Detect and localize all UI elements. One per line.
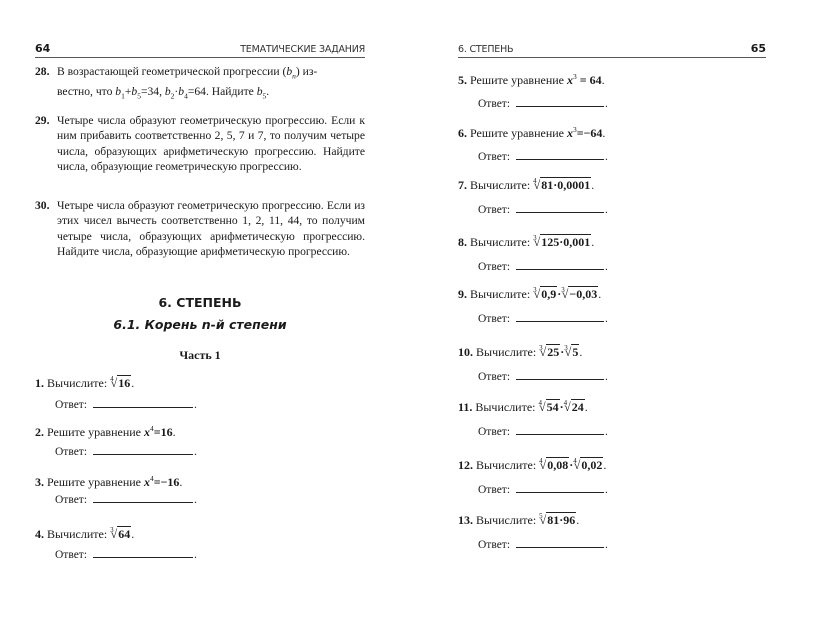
answer-field[interactable] [516, 202, 604, 213]
answer-field[interactable] [516, 482, 604, 493]
task-number: 28. [35, 64, 50, 79]
task-number: 29. [35, 113, 50, 128]
answer-label: Ответ: [478, 539, 510, 551]
root-expression: 4√54 [539, 400, 560, 415]
question-5: 5. Решите уравнение x3 = 64. [458, 72, 605, 88]
answer-label: Ответ: [55, 549, 87, 561]
answer-label: Ответ: [55, 446, 87, 458]
answer-label: Ответ: [478, 426, 510, 438]
question-4: 4. Вычислите: 3√64. [35, 527, 134, 542]
answer-2: Ответ:. [55, 444, 197, 458]
subsection-title: 6.1. Корень n-й степени [35, 317, 365, 332]
question-7: 7. Вычислите: 4√81·0,0001. [458, 178, 594, 193]
answer-6: Ответ:. [478, 149, 608, 163]
answer-field[interactable] [93, 492, 193, 503]
answer-1: Ответ:. [55, 397, 197, 411]
task-number: 30. [35, 198, 50, 213]
answer-field[interactable] [516, 537, 604, 548]
question-10: 10. Вычислите: 3√25·3√5. [458, 345, 582, 360]
answer-label: Ответ: [478, 261, 510, 273]
root-expression: 3√64 [110, 527, 131, 542]
root-expression: 3√−0,03 [561, 287, 598, 302]
part-title: Часть 1 [35, 348, 365, 363]
question-6: 6. Решите уравнение x3=−64. [458, 125, 605, 141]
answer-4: Ответ:. [55, 547, 197, 561]
answer-8: Ответ:. [478, 259, 608, 273]
question-11: 11. Вычислите: 4√54·4√24. [458, 400, 588, 415]
root-expression: 4√0,02 [573, 458, 603, 473]
task-30: 30. Четыре числа образуют геометрическую… [35, 198, 365, 260]
question-9: 9. Вычислите: 3√0,9·3√−0,03. [458, 287, 601, 302]
question-12: 12. Вычислите: 4√0,08·4√0,02. [458, 458, 606, 473]
answer-12: Ответ:. [478, 482, 608, 496]
answer-13: Ответ:. [478, 537, 608, 551]
left-page: 64 ТЕМАТИЧЕСКИЕ ЗАДАНИЯ 28. В возрастающ… [35, 0, 365, 636]
answer-11: Ответ:. [478, 424, 608, 438]
answer-field[interactable] [93, 547, 193, 558]
root-expression: 3√0,9 [533, 287, 557, 302]
answer-10: Ответ:. [478, 369, 608, 383]
root-expression: 5√81·96 [539, 513, 576, 528]
root-expression: 3√25 [539, 345, 560, 360]
task-text: Четыре числа образуют геометрическую про… [35, 113, 365, 175]
question-8: 8. Вычислите: 3√125·0,001. [458, 235, 594, 250]
answer-field[interactable] [516, 424, 604, 435]
running-head-left: 64 ТЕМАТИЧЕСКИЕ ЗАДАНИЯ [35, 43, 365, 58]
answer-field[interactable] [516, 259, 604, 270]
answer-label: Ответ: [55, 494, 87, 506]
question-13: 13. Вычислите: 5√81·96. [458, 513, 579, 528]
answer-field[interactable] [516, 96, 604, 107]
section-title: 6. СТЕПЕНЬ [35, 295, 365, 310]
question-1: 1. Вычислите: 4√16. [35, 376, 134, 391]
running-head-right: 6. СТЕПЕНЬ 65 [458, 43, 766, 58]
question-3: 3. Решите уравнение x4=−16. [35, 474, 182, 490]
task-28: 28. В возрастающей геометрической прогре… [35, 64, 365, 103]
answer-label: Ответ: [478, 204, 510, 216]
answer-7: Ответ:. [478, 202, 608, 216]
answer-9: Ответ:. [478, 311, 608, 325]
answer-label: Ответ: [478, 151, 510, 163]
answer-label: Ответ: [55, 399, 87, 411]
answer-field[interactable] [93, 444, 193, 455]
answer-field[interactable] [516, 149, 604, 160]
root-expression: 3√5 [564, 345, 579, 360]
answer-field[interactable] [93, 397, 193, 408]
task-text: В возрастающей геометрической прогрессии… [35, 64, 365, 103]
running-title: 6. СТЕПЕНЬ [458, 44, 513, 55]
task-29: 29. Четыре числа образуют геометрическую… [35, 113, 365, 175]
answer-field[interactable] [516, 311, 604, 322]
page-number: 64 [35, 42, 50, 55]
running-title: ТЕМАТИЧЕСКИЕ ЗАДАНИЯ [240, 44, 365, 55]
answer-label: Ответ: [478, 484, 510, 496]
question-2: 2. Решите уравнение x4=16. [35, 424, 176, 440]
answer-5: Ответ:. [478, 96, 608, 110]
root-expression: 4√16 [110, 376, 131, 391]
task-text: Четыре числа образуют геометрическую про… [35, 198, 365, 260]
answer-label: Ответ: [478, 98, 510, 110]
answer-label: Ответ: [478, 371, 510, 383]
right-page: 6. СТЕПЕНЬ 65 5. Решите уравнение x3 = 6… [458, 0, 766, 636]
root-expression: 4√0,08 [539, 458, 569, 473]
page-number: 65 [751, 42, 766, 55]
answer-3: Ответ:. [55, 492, 197, 506]
root-expression: 4√81·0,0001 [533, 178, 591, 193]
answer-label: Ответ: [478, 313, 510, 325]
root-expression: 4√24 [564, 400, 585, 415]
answer-field[interactable] [516, 369, 604, 380]
root-expression: 3√125·0,001 [533, 235, 591, 250]
